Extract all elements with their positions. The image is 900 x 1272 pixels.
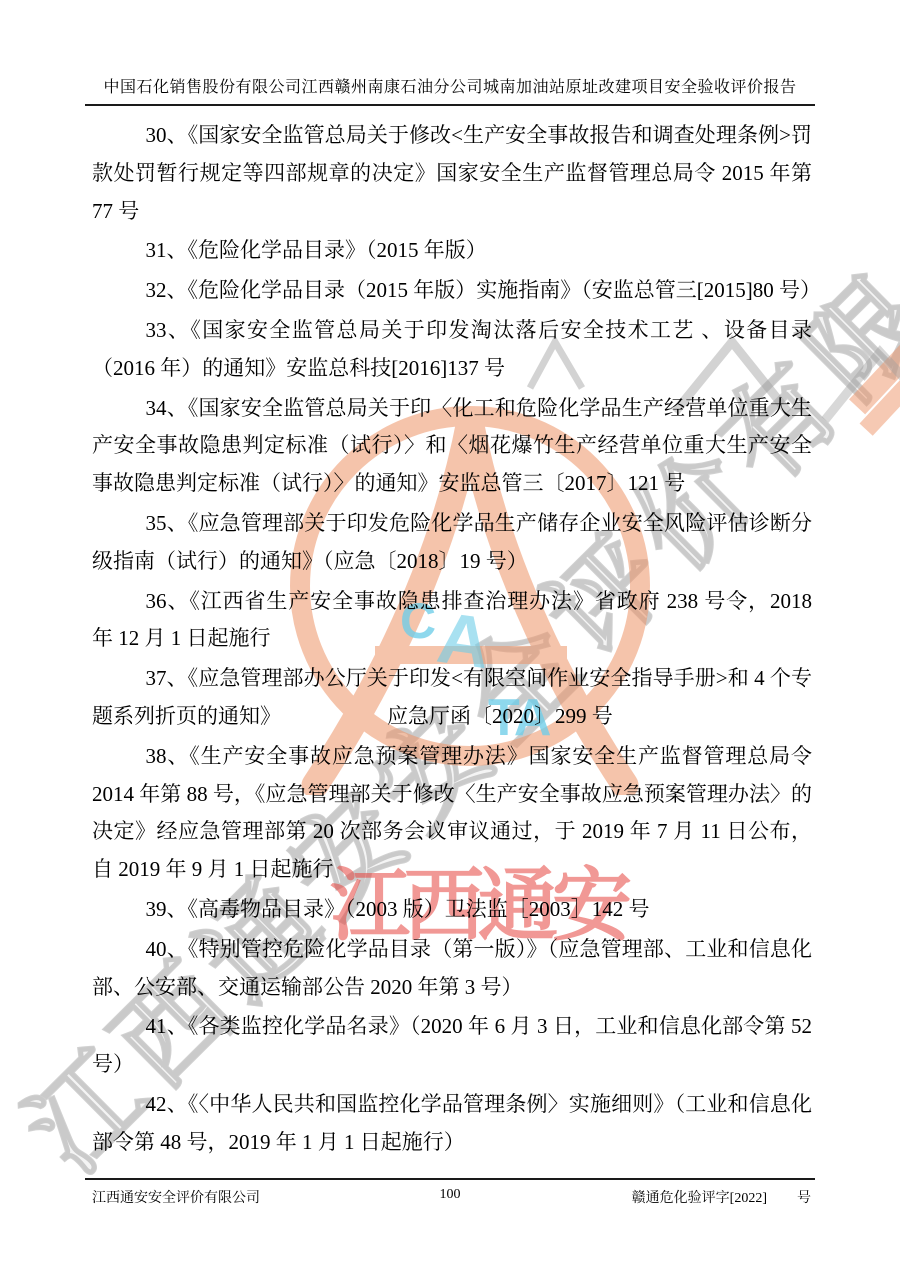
regulation-item-39: 39、《高毒物品目录》（2003 版）卫法监［2003］142 号 <box>92 891 812 929</box>
regulation-item-35: 35、《应急管理部关于印发危险化学品生产储存企业安全风险评估诊断分级指南（试行）… <box>92 505 812 581</box>
regulation-item-41: 41、《各类监控化学品名录》（2020 年 6 月 3 日，工业和信息化部令第 … <box>92 1008 812 1084</box>
regulation-list: 30、《国家安全监管总局关于修改<生产安全事故报告和调查处理条例>罚款处罚暂行规… <box>92 117 812 1164</box>
footer-doc-number-prefix: 赣通危化验评字[2022] <box>632 1191 767 1206</box>
regulation-item-37: 37、《应急管理部办公厅关于印发<有限空间作业安全指导手册>和 4 个专题系列折… <box>92 660 812 736</box>
footer-doc-number: 赣通危化验评字[2022]号 <box>632 1187 811 1207</box>
regulation-item-42: 42、《〈中华人民共和国监控化学品管理条例〉实施细则》（工业和信息化部令第 48… <box>92 1086 812 1162</box>
footer-company-name: 江西通安安全评价有限公司 <box>92 1187 260 1207</box>
regulation-item-40: 40、《特别管控危险化学品目录（第一版）》（应急管理部、工业和信息化部、公安部、… <box>92 931 812 1007</box>
partial-logo-stripe-topright <box>849 312 900 415</box>
regulation-item-31: 31、《危险化学品目录》（2015 年版） <box>92 232 812 270</box>
regulation-item-34: 34、《国家安全监管总局关于印〈化工和危险化学品生产经营单位重大生产安全事故隐患… <box>92 390 812 503</box>
report-title: 中国石化销售股份有限公司江西赣州南康石油分公司城南加油站原址改建项目安全验收评价… <box>85 74 815 97</box>
page-number: 100 <box>440 1187 461 1203</box>
regulation-item-32: 32、《危险化学品目录（2015 年版）实施指南》（安监总管三[2015]80 … <box>92 272 812 310</box>
report-page: 江西通安安全评价有限公司 C A TA 江西通安 中国石化销售股份有限公司江西赣… <box>0 0 900 1272</box>
regulation-item-38: 38、《生产安全事故应急预案管理办法》国家安全生产监督管理总局令 2014 年第… <box>92 738 812 889</box>
regulation-item-37-doc-number: 应急厅函〔2020〕299 号 <box>387 704 613 728</box>
page-footer: 江西通安安全评价有限公司 100 赣通危化验评字[2022]号 <box>85 1178 815 1214</box>
regulation-item-36: 36、《江西省生产安全事故隐患排查治理办法》省政府 238 号令，2018 年 … <box>92 583 812 659</box>
regulation-item-30: 30、《国家安全监管总局关于修改<生产安全事故报告和调查处理条例>罚款处罚暂行规… <box>92 117 812 230</box>
page-header: 中国石化销售股份有限公司江西赣州南康石油分公司城南加油站原址改建项目安全验收评价… <box>85 0 815 106</box>
footer-doc-number-suffix: 号 <box>797 1191 811 1206</box>
regulation-item-33: 33、《国家安全监管总局关于印发淘汰落后安全技术工艺 、设备目录（2016 年）… <box>92 312 812 388</box>
partial-logo-stripe-topright <box>860 372 900 435</box>
